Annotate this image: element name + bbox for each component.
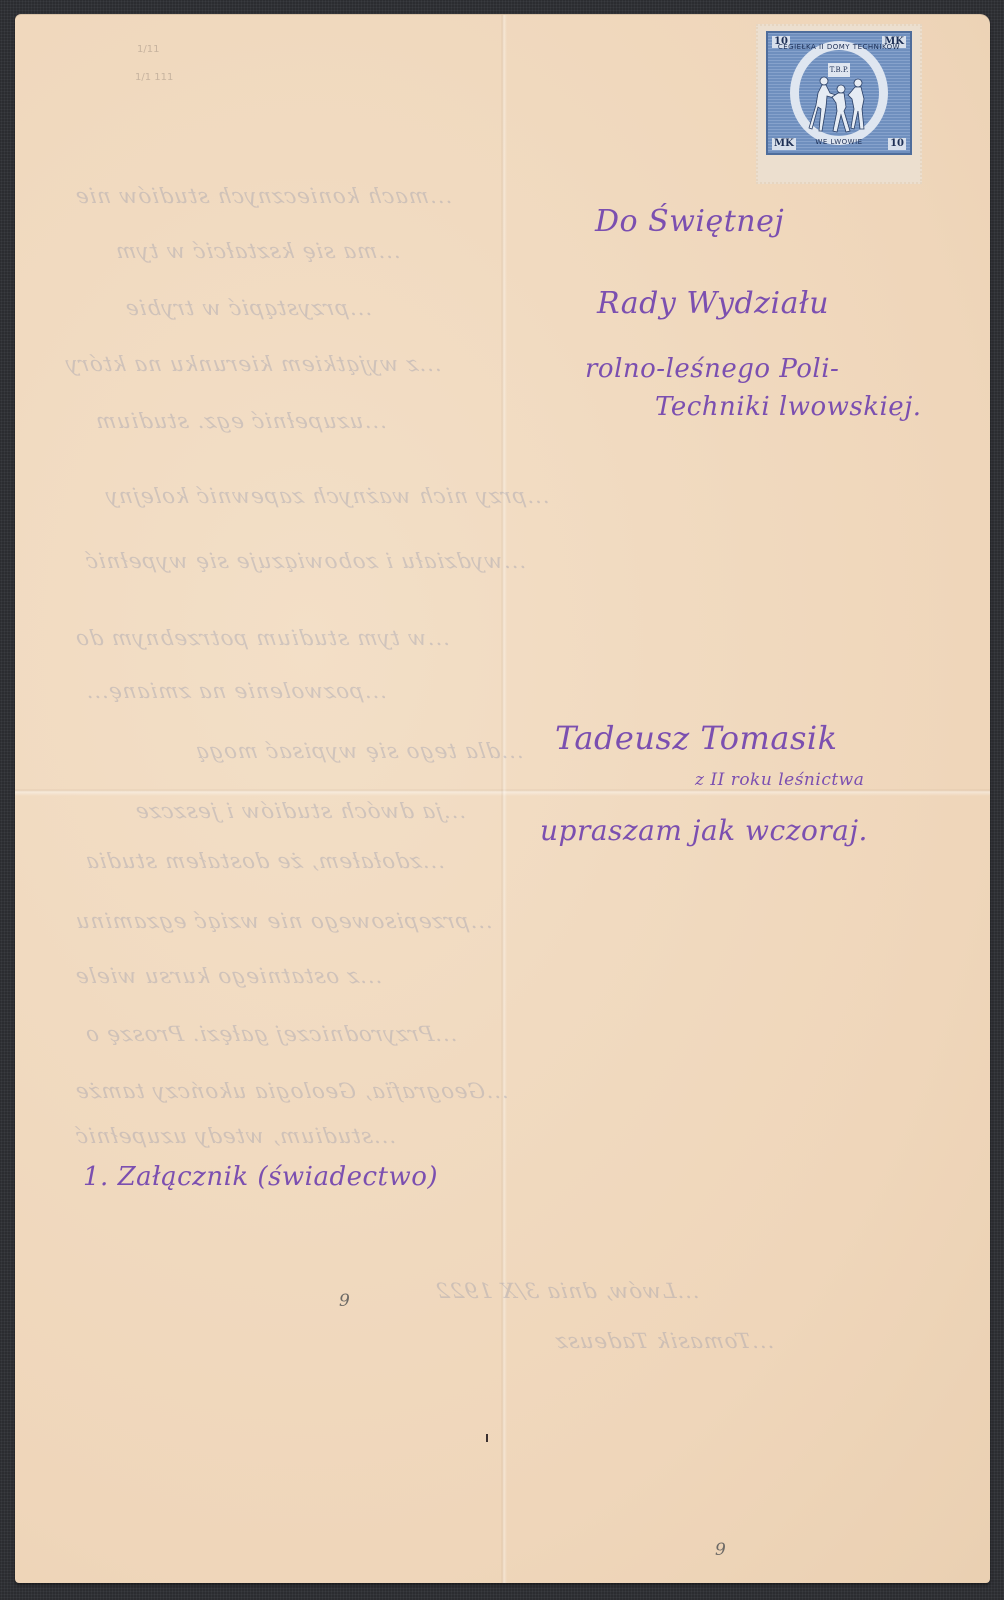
stamp-figures-icon <box>808 73 872 135</box>
signature-name: Tadeusz Tomasik <box>555 719 838 757</box>
stamp-ring-text-bottom: WE LWOWIE <box>768 138 910 146</box>
stamp-print: 10 MK MK 10 CEGIEŁKA II DOMY TECHNIKÓW W… <box>766 31 912 155</box>
bleed-line: ...pozwolenie na zmianę... <box>83 679 388 703</box>
bleed-line: ...zdołałem, że dostałem studia <box>83 849 446 873</box>
bleed-line: ...ma się kształcić w tym <box>113 239 401 263</box>
bleed-line: ...w tym studium potrzebnym do <box>73 626 451 650</box>
pencil-note-top-2: 1/1 111 <box>135 72 173 83</box>
bleed-line: ...ja dwóch studiów i jeszcze <box>133 799 467 823</box>
bleed-line: ...Lwów, dnia 3/X 1922 <box>433 1279 700 1303</box>
stamp-ring-text-top: CEGIEŁKA II DOMY TECHNIKÓW <box>768 43 910 51</box>
bleed-line: ...uzupełnić egz. studium <box>93 409 387 433</box>
addressee-line-1: Do Świętnej <box>595 204 784 239</box>
bleed-line: ...przy nich ważnych zapewnić kolejny <box>103 484 550 508</box>
bleed-line: ...z wyjątkiem kierunku na który <box>63 352 442 376</box>
bleed-line: ...dla tego się wypisać mogą <box>193 739 524 763</box>
bleed-line: ...Geografia, Geologia ukończy tamże <box>73 1079 509 1103</box>
bleed-line: ...przepisowego nie wziąć egzaminu <box>73 909 493 933</box>
fold-mark <box>486 1434 488 1442</box>
letter-page: 1/11 1/1 111 ...mach koniecznych studiów… <box>15 14 990 1583</box>
addressee-line-2: Rady Wydziału <box>597 286 829 321</box>
bleed-line: ...mach koniecznych studiów nie <box>73 184 453 208</box>
page-number-bottom: 9 <box>715 1540 726 1560</box>
enclosure-note: 1. Załącznik (świadectwo) <box>83 1162 438 1192</box>
bleed-line: ...przystąpić w trybie <box>123 296 373 320</box>
signature-closing: upraszam jak wczoraj. <box>540 814 868 847</box>
bleed-line: ...z ostatniego kursu wiele <box>73 964 383 988</box>
addressee-line-3: rolno-leśnego Poli- <box>585 354 839 384</box>
bleed-line: ...wydziału i zobowiązuje się wypełnić <box>83 549 527 573</box>
bleed-line: ...Tomasik Tadeusz <box>553 1329 775 1353</box>
page-number-middle: 9 <box>339 1291 350 1311</box>
bleed-line: ...Przyrodniczej gałęzi. Proszę o <box>83 1022 458 1046</box>
signature-note: z II roku leśnictwa <box>695 770 864 790</box>
revenue-stamp: 10 MK MK 10 CEGIEŁKA II DOMY TECHNIKÓW W… <box>756 24 922 184</box>
pencil-note-top-1: 1/11 <box>137 44 159 55</box>
addressee-line-4: Techniki lwowskiej. <box>655 392 922 422</box>
bleed-line: ...studium, wtedy uzupełnić <box>73 1124 397 1148</box>
